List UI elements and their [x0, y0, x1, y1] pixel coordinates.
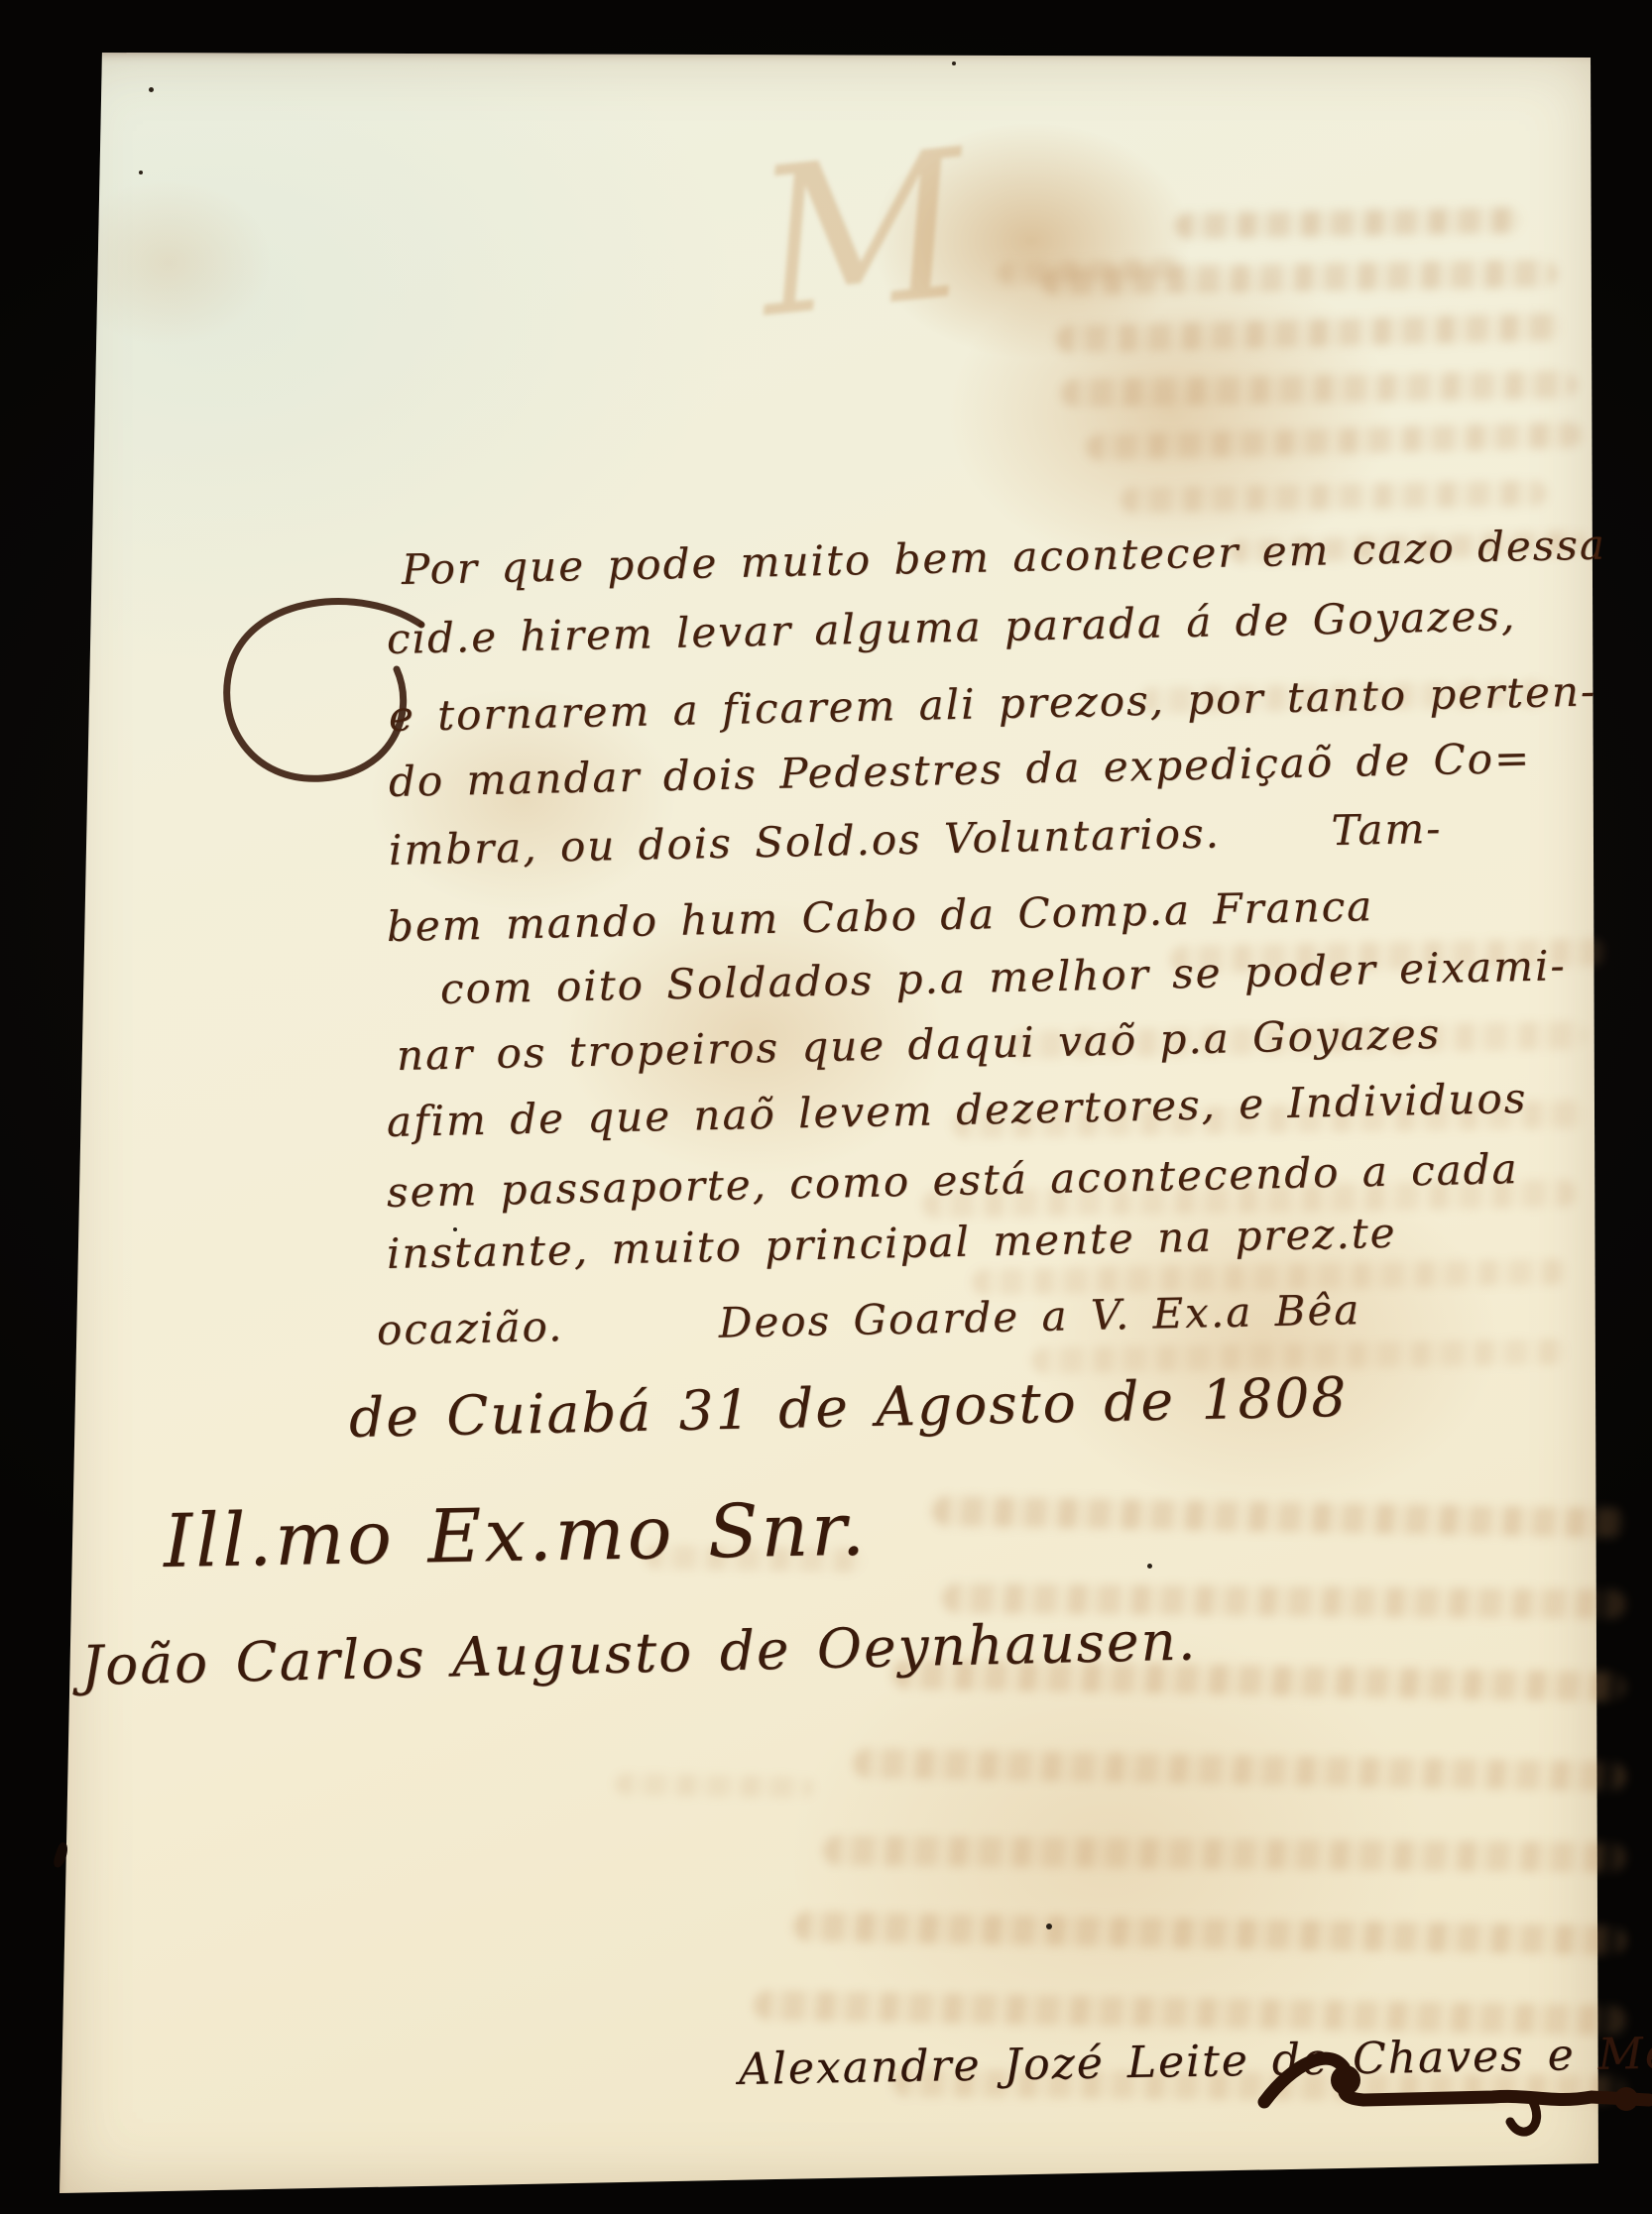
paper-speck [952, 61, 956, 65]
paper-speck [139, 171, 143, 175]
bleed-through-mark [615, 1773, 813, 1798]
paper-speck [149, 87, 154, 92]
closing-salutation: Ill.mo Ex.mo Snr. [163, 1487, 868, 1584]
paper-speck [1046, 1923, 1052, 1929]
paper-speck [1147, 1564, 1152, 1569]
scanned-letter-page: M Por que pode muito bem acontecer em ca… [0, 0, 1652, 2214]
faded-ink-initial: M [747, 107, 979, 364]
signature-flourish [1235, 2042, 1652, 2152]
